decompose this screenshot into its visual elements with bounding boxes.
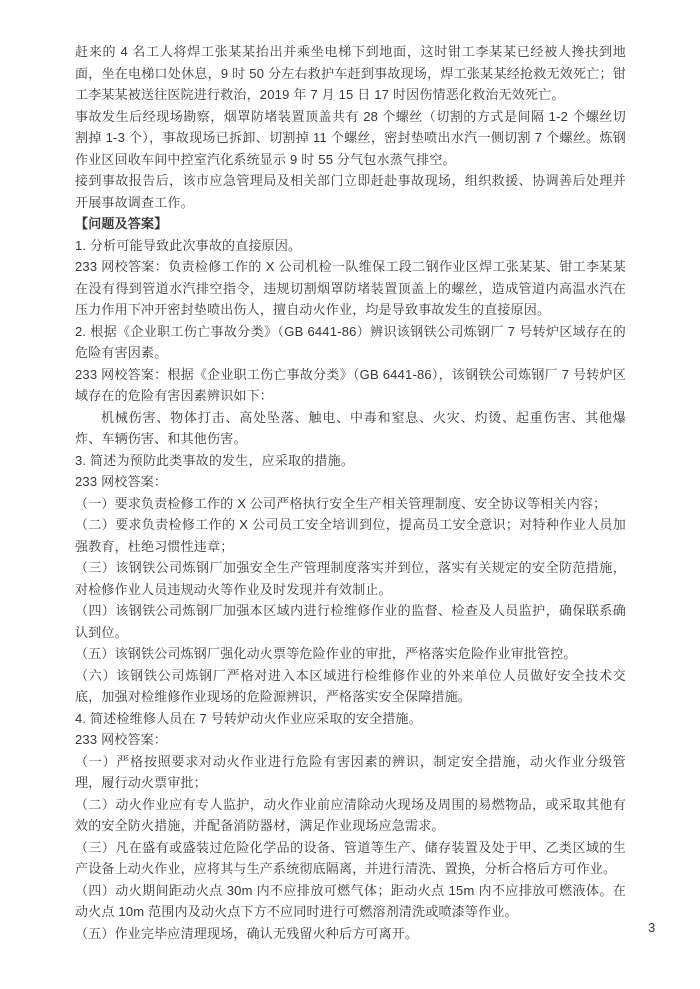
answer-3-item-5: （五）该钢铁公司炼钢厂强化动火票等危险作业的审批，严格落实危险作业审批管控。 xyxy=(75,643,626,665)
question-2: 2. 根据《企业职工伤亡事故分类》（GB 6441-86）辨识该钢铁公司炼钢厂 … xyxy=(75,321,626,364)
answer-4-item-2: （二）动火作业应有专人监护，动火作业前应清除动火现场及周围的易燃物品，或采取其他… xyxy=(75,794,626,837)
answer-2-hazard-list: 机械伤害、物体打击、高处坠落、触电、中毒和窒息、火灾、灼烫、起重伤害、其他爆炸、… xyxy=(75,407,626,450)
answer-4-item-4: （四）动火期间距动火点 30m 内不应排放可燃气体；距动火点 15m 内不应排放… xyxy=(75,880,626,923)
answer-4-item-3: （三）凡在盛有或盛装过危险化学品的设备、管道等生产、储存装置及处于甲、乙类区域的… xyxy=(75,837,626,880)
question-3: 3. 简述为预防此类事故的发生，应采取的措施。 xyxy=(75,450,626,472)
answer-4-item-1: （一）严格按照要求对动火作业进行危险有害因素的辨识，制定安全措施，动火作业分级管… xyxy=(75,751,626,794)
answer-3-item-4: （四）该钢铁公司炼钢厂加强本区域内进行检维修作业的监督、检查及人员监护，确保联系… xyxy=(75,600,626,643)
document-body: 赶来的 4 名工人将焊工张某某抬出并乘坐电梯下到地面，这时钳工李某某已经被人搀扶… xyxy=(75,41,626,944)
answer-3-label: 233 网校答案： xyxy=(75,471,626,493)
qa-section-heading: 【问题及答案】 xyxy=(75,213,626,235)
answer-2: 233 网校答案：根据《企业职工伤亡事故分类》（GB 6441-86），该钢铁公… xyxy=(75,364,626,407)
answer-4-label: 233 网校答案： xyxy=(75,729,626,751)
narrative-paragraph: 接到事故报告后，该市应急管理局及相关部门立即赶赴事故现场，组织救援、协调善后处理… xyxy=(75,170,626,213)
question-4: 4. 简述检维修人员在 7 号转炉动火作业应采取的安全措施。 xyxy=(75,708,626,730)
answer-3-item-2: （二）要求负责检修工作的 X 公司员工安全培训到位，提高员工安全意识；对特种作业… xyxy=(75,514,626,557)
answer-3-item-6: （六）该钢铁公司炼钢厂严格对进入本区域进行检维修作业的外来单位人员做好安全技术交… xyxy=(75,665,626,708)
narrative-paragraph: 事故发生后经现场勘察，烟罩防堵装置顶盖共有 28 个螺丝（切割的方式是间隔 1-… xyxy=(75,106,626,171)
document-page: 赶来的 4 名工人将焊工张某某抬出并乘坐电梯下到地面，这时钳工李某某已经被人搀扶… xyxy=(0,0,700,989)
answer-4-item-5: （五）作业完毕应清理现场，确认无残留火种后方可离开。 xyxy=(75,923,626,945)
answer-3-item-1: （一）要求负责检修工作的 X 公司严格执行安全生产相关管理制度、安全协议等相关内… xyxy=(75,493,626,515)
answer-1: 233 网校答案：负责检修工作的 X 公司机检一队维保工段二钢作业区焊工张某某、… xyxy=(75,256,626,321)
page-number: 3 xyxy=(648,920,655,935)
answer-3-item-3: （三）该钢铁公司炼钢厂加强安全生产管理制度落实并到位，落实有关规定的安全防范措施… xyxy=(75,557,626,600)
narrative-paragraph: 赶来的 4 名工人将焊工张某某抬出并乘坐电梯下到地面，这时钳工李某某已经被人搀扶… xyxy=(75,41,626,106)
question-1: 1. 分析可能导致此次事故的直接原因。 xyxy=(75,235,626,257)
